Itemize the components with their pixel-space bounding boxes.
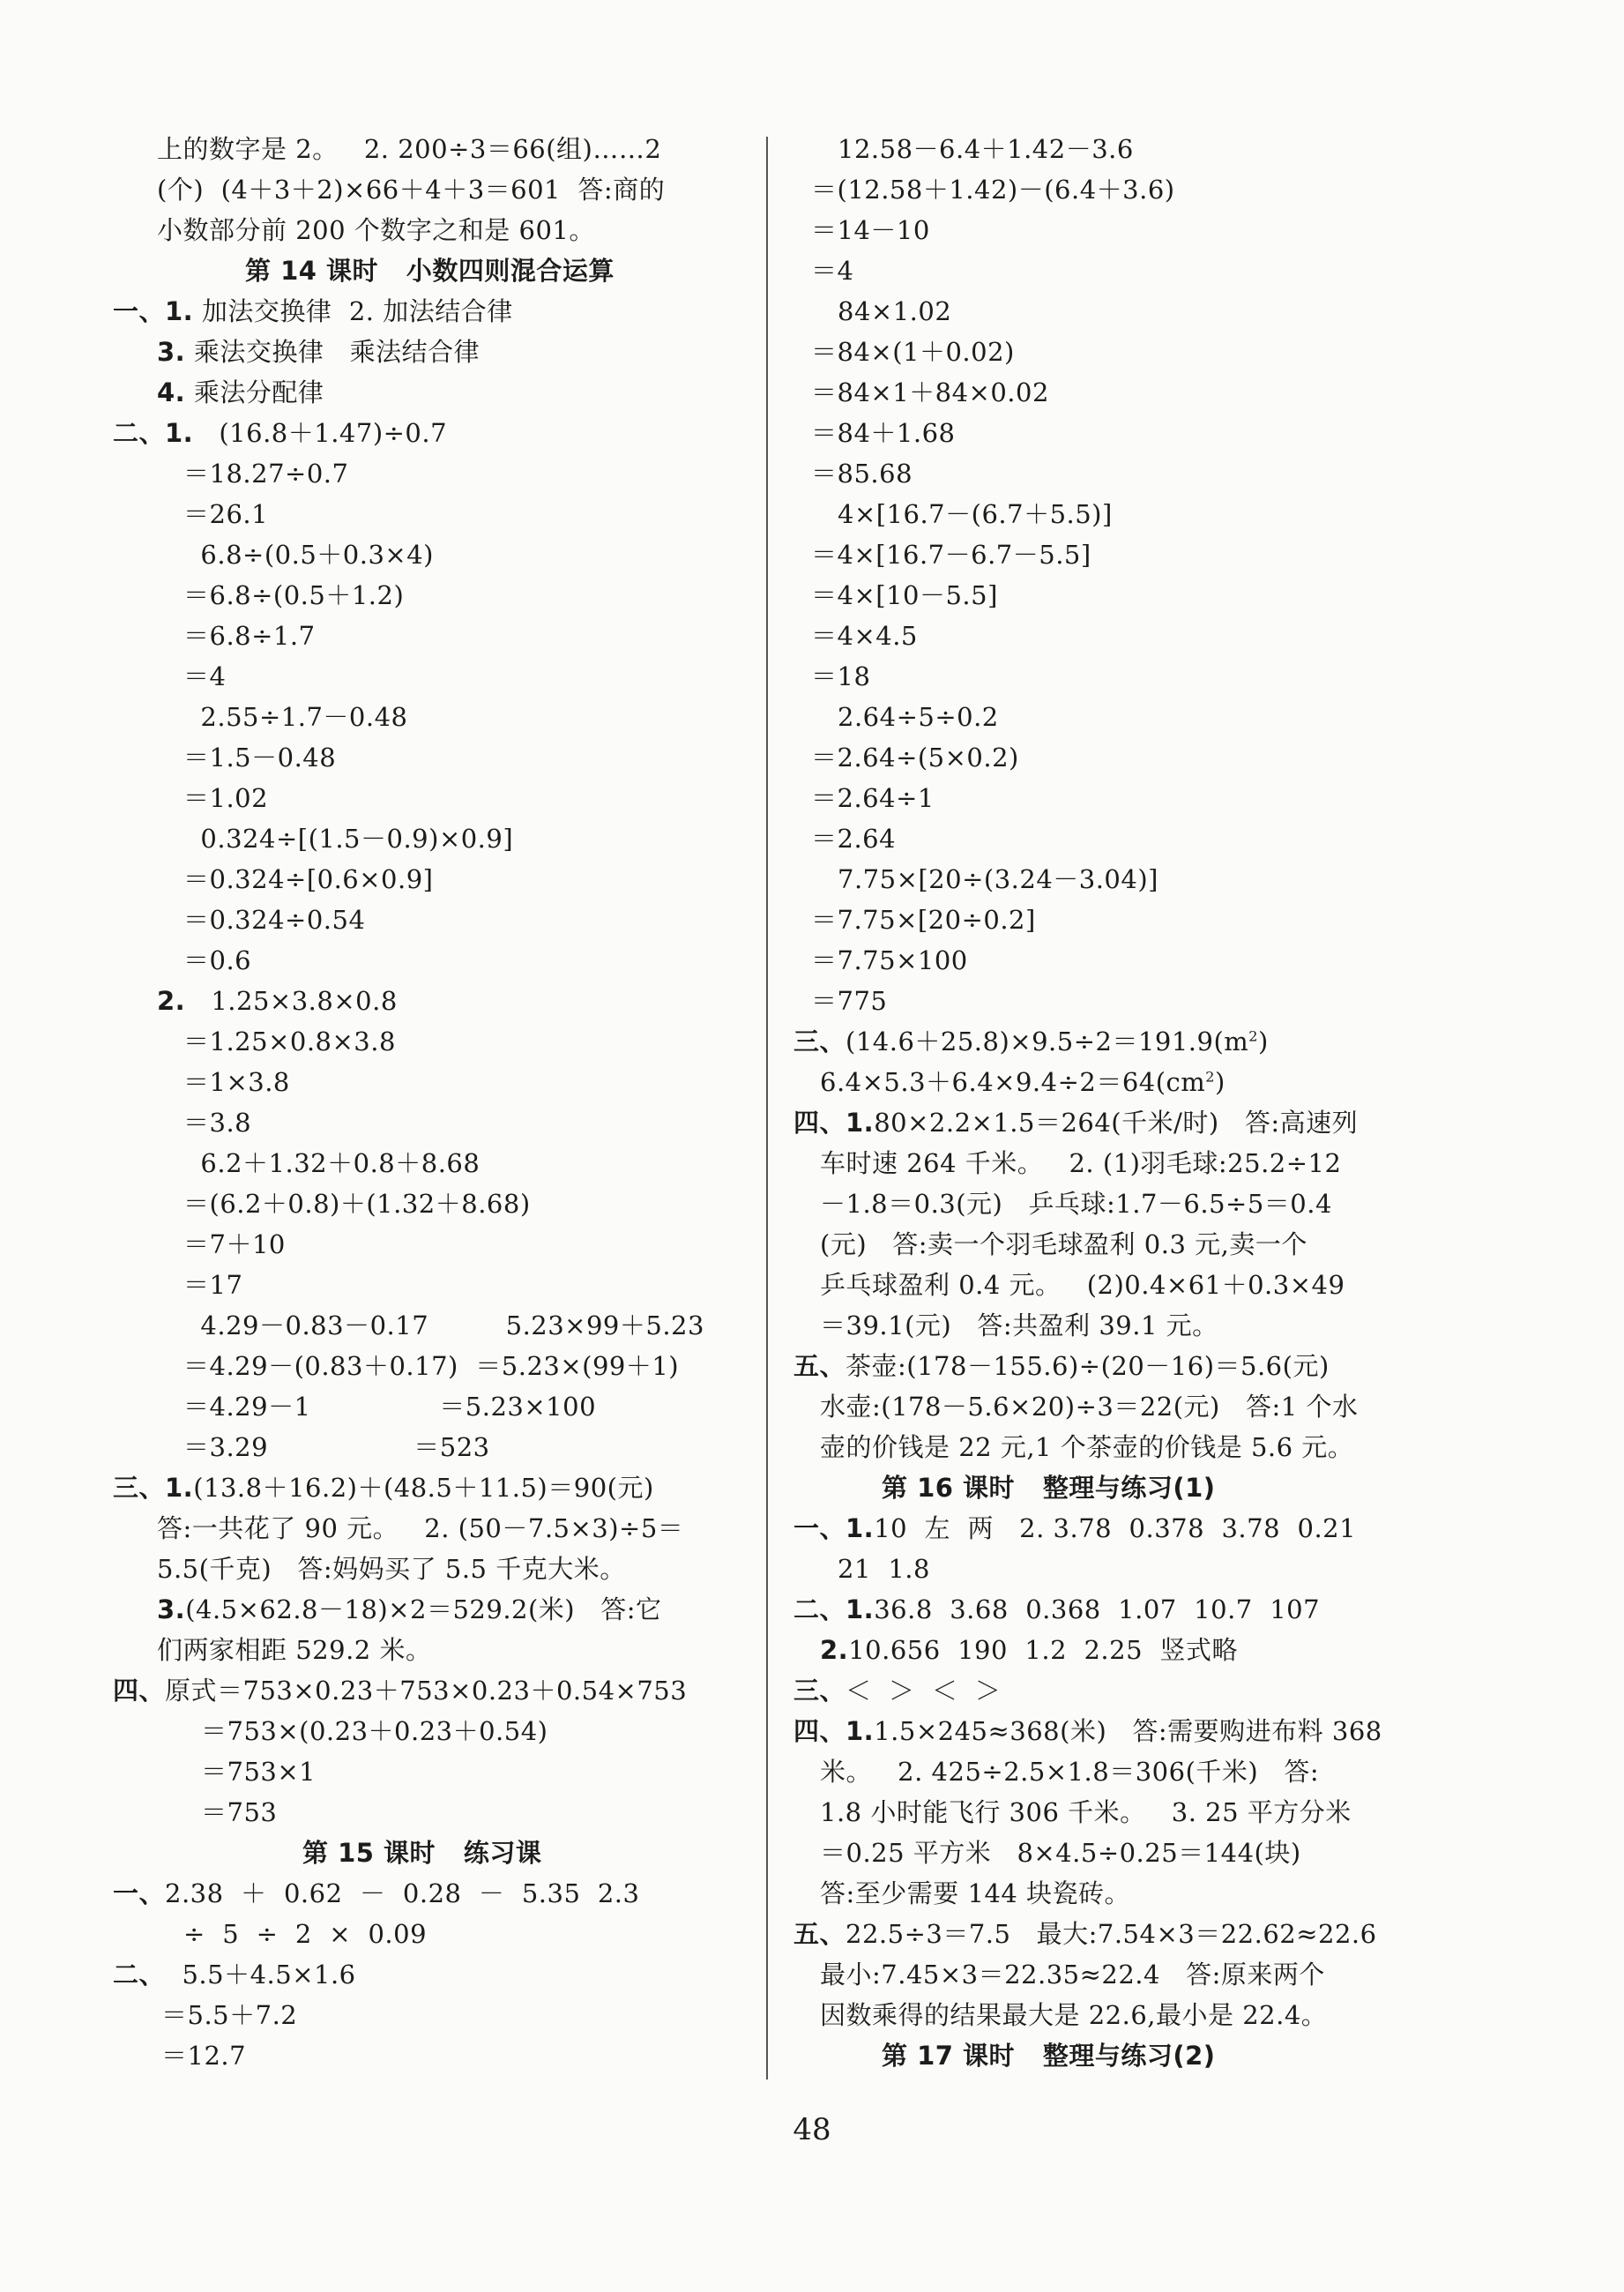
answer-text: ＝0.25 平方米 8×4.5÷0.25＝144(块) bbox=[820, 1838, 1301, 1868]
answer-text: 最小:7.45×3＝22.35≈22.4 答:原来两个 bbox=[820, 1960, 1325, 1990]
answer-text: ＝18 bbox=[811, 661, 870, 691]
answer-text: ＝2.64÷(5×0.2) bbox=[811, 743, 1019, 773]
answer-text: ＝0.324÷0.54 bbox=[183, 905, 365, 935]
answer-line: －1.8＝0.3(元) 乒乓球:1.7－6.5÷5＝0.4 bbox=[793, 1183, 1446, 1224]
answer-text: 第 16 课时 整理与练习(1) bbox=[882, 1473, 1216, 1503]
answer-text: ＝84×(1＋0.02) bbox=[811, 337, 1015, 367]
answer-text: ＝753 bbox=[201, 1797, 277, 1827]
answer-line: 二、1. (16.8＋1.47)÷0.7 bbox=[113, 413, 756, 453]
answer-line: ＝39.1(元) 答:共盈利 39.1 元。 bbox=[793, 1305, 1446, 1346]
answer-text: ＝1.25×0.8×3.8 bbox=[183, 1027, 396, 1056]
answer-line: 五、茶壶:(178－155.6)÷(20－16)＝5.6(元) bbox=[793, 1346, 1446, 1386]
answer-line: ＝7.75×[20÷0.2] bbox=[793, 900, 1446, 940]
answer-text-tail: ) bbox=[1258, 1027, 1269, 1056]
answer-text: ＝0.324÷[0.6×0.9] bbox=[183, 864, 434, 894]
answer-text: 第 15 课时 练习课 bbox=[302, 1838, 541, 1868]
answer-text: ＝4×[16.7－6.7－5.5] bbox=[811, 540, 1091, 570]
answer-text: 84×1.02 bbox=[838, 296, 951, 326]
answer-text: (16.8＋1.47)÷0.7 bbox=[193, 418, 447, 448]
answer-line: ＝0.6 bbox=[113, 940, 756, 981]
answer-line: 2.64÷5÷0.2 bbox=[793, 697, 1446, 737]
answer-text: 壶的价钱是 22 元,1 个茶壶的价钱是 5.6 元。 bbox=[820, 1432, 1353, 1462]
answer-text: 车时速 264 千米。 2. (1)羽毛球:25.2÷12 bbox=[820, 1148, 1341, 1178]
answer-text: 乘法交换律 乘法结合律 bbox=[185, 337, 480, 367]
answer-line: ＝753 bbox=[113, 1792, 756, 1833]
answer-line: 6.4×5.3＋6.4×9.4÷2＝64(cm2) bbox=[793, 1062, 1446, 1102]
answer-line: ＝6.8÷1.7 bbox=[113, 616, 756, 656]
answer-text: ＝18.27÷0.7 bbox=[183, 459, 348, 489]
question-marker: 五、 bbox=[793, 1919, 846, 1949]
section-heading: 第 15 课时 练习课 bbox=[113, 1833, 756, 1873]
answer-line: ＝3.29 ＝523 bbox=[113, 1427, 756, 1467]
answer-text: ＝2.64÷1 bbox=[811, 783, 935, 813]
section-heading: 第 14 课时 小数四则混合运算 bbox=[113, 250, 756, 291]
answer-line: ＝26.1 bbox=[113, 494, 756, 534]
answer-text: ＝7＋10 bbox=[183, 1229, 286, 1259]
answer-line: ＝4 bbox=[793, 250, 1446, 291]
answer-text: ＝39.1(元) 答:共盈利 39.1 元。 bbox=[820, 1310, 1218, 1340]
section-heading: 第 16 课时 整理与练习(1) bbox=[793, 1467, 1446, 1508]
answer-text: 上的数字是 2。 2. 200÷3＝66(组)……2 bbox=[157, 134, 661, 164]
answer-line: 2. 1.25×3.8×0.8 bbox=[113, 981, 756, 1021]
answer-line: 一、2.38 ＋ 0.62 － 0.28 － 5.35 2.3 bbox=[113, 1873, 756, 1914]
answer-text: ＜ ＞ ＜ ＞ bbox=[846, 1676, 1001, 1706]
answer-text: 第 17 课时 整理与练习(2) bbox=[882, 2041, 1216, 2071]
answer-text: ＝4 bbox=[811, 256, 853, 286]
answer-text: ＝3.8 bbox=[183, 1108, 251, 1138]
question-marker: 四、 bbox=[113, 1676, 165, 1706]
answer-line: ＝18.27÷0.7 bbox=[113, 453, 756, 494]
answer-line: 上的数字是 2。 2. 200÷3＝66(组)……2 bbox=[113, 129, 756, 169]
answer-line: 答:至少需要 144 块瓷砖。 bbox=[793, 1873, 1446, 1914]
answer-line: 6.2＋1.32＋0.8＋8.68 bbox=[113, 1143, 756, 1183]
answer-line: ＝4×4.5 bbox=[793, 616, 1446, 656]
answer-line: 12.58－6.4＋1.42－3.6 bbox=[793, 129, 1446, 169]
answer-text: 乒乓球盈利 0.4 元。 (2)0.4×61＋0.3×49 bbox=[820, 1270, 1345, 1300]
answer-text: ＝26.1 bbox=[183, 499, 268, 529]
question-marker: 四、1. bbox=[793, 1108, 874, 1138]
answer-text: ＝6.8÷(0.5＋1.2) bbox=[183, 580, 404, 610]
answer-line: 三、1.(13.8＋16.2)＋(48.5＋11.5)＝90(元) bbox=[113, 1467, 756, 1508]
answer-text: 答:至少需要 144 块瓷砖。 bbox=[820, 1878, 1130, 1908]
column-divider bbox=[766, 137, 768, 2079]
question-marker: 一、1. bbox=[793, 1513, 874, 1543]
answer-line: (个) (4＋3＋2)×66＋4＋3＝601 答:商的 bbox=[113, 169, 756, 210]
answer-line: ＝84×1＋84×0.02 bbox=[793, 372, 1446, 413]
answer-text: 水壶:(178－5.6×20)÷3＝22(元) 答:1 个水 bbox=[820, 1392, 1358, 1422]
answer-line: 3.(4.5×62.8－18)×2＝529.2(米) 答:它 bbox=[113, 1589, 756, 1630]
answer-line: 一、1. 加法交换律 2. 加法结合律 bbox=[113, 291, 756, 332]
question-marker: 五、 bbox=[793, 1351, 846, 1381]
answer-text: ＝0.6 bbox=[183, 945, 251, 975]
answer-text: ＝1.02 bbox=[183, 783, 268, 813]
answer-line: 米。 2. 425÷2.5×1.8＝306(千米) 答: bbox=[793, 1751, 1446, 1792]
answer-line: 一、1.10 左 两 2. 3.78 0.378 3.78 0.21 bbox=[793, 1508, 1446, 1549]
answer-text: ＝4.29－(0.83＋0.17) ＝5.23×(99＋1) bbox=[183, 1351, 679, 1381]
answer-text: 1.5×245≈368(米) 答:需要购进布料 368 bbox=[874, 1716, 1382, 1746]
answer-line: 4. 乘法分配律 bbox=[113, 372, 756, 413]
answer-line: 们两家相距 529.2 米。 bbox=[113, 1630, 756, 1670]
answer-line: 四、原式＝753×0.23＋753×0.23＋0.54×753 bbox=[113, 1670, 756, 1711]
answer-text: ＝6.8÷1.7 bbox=[183, 621, 316, 651]
question-marker: 一、1. bbox=[113, 296, 193, 326]
answer-text: 乘法分配律 bbox=[185, 377, 324, 407]
answer-line: 2.10.656 190 1.2 2.25 竖式略 bbox=[793, 1630, 1446, 1670]
answer-line: ＝84×(1＋0.02) bbox=[793, 332, 1446, 372]
answer-text: 4.29－0.83－0.17 5.23×99＋5.23 bbox=[183, 1310, 704, 1340]
answer-line: ＝7.75×100 bbox=[793, 940, 1446, 981]
answer-text: ＝3.29 ＝523 bbox=[183, 1432, 490, 1462]
answer-line: 因数乘得的结果最大是 22.6,最小是 22.4。 bbox=[793, 1995, 1446, 2035]
left-column: 上的数字是 2。 2. 200÷3＝66(组)……2(个) (4＋3＋2)×66… bbox=[113, 129, 756, 2076]
answer-line: ＝4.29－(0.83＋0.17) ＝5.23×(99＋1) bbox=[113, 1346, 756, 1386]
answer-text: (元) 答:卖一个羽毛球盈利 0.3 元,卖一个 bbox=[820, 1229, 1307, 1259]
answer-text: 原式＝753×0.23＋753×0.23＋0.54×753 bbox=[165, 1676, 687, 1706]
answer-text: 2.64÷5÷0.2 bbox=[838, 702, 999, 732]
question-marker: 三、 bbox=[793, 1676, 846, 1706]
answer-line: ＝1×3.8 bbox=[113, 1062, 756, 1102]
answer-line: ＝4×[10－5.5] bbox=[793, 575, 1446, 616]
answer-line: ＝2.64 bbox=[793, 818, 1446, 859]
section-heading: 第 17 课时 整理与练习(2) bbox=[793, 2035, 1446, 2076]
answer-line: 三、＜ ＞ ＜ ＞ bbox=[793, 1670, 1446, 1711]
answer-line: 二、 5.5＋4.5×1.6 bbox=[113, 1954, 756, 1995]
answer-text: ＝12.7 bbox=[161, 2041, 246, 2071]
answer-line: ＝1.5－0.48 bbox=[113, 737, 756, 778]
answer-line: 三、(14.6＋25.8)×9.5÷2＝191.9(m2) bbox=[793, 1021, 1446, 1062]
question-marker: 三、1. bbox=[113, 1473, 193, 1503]
answer-line: 4.29－0.83－0.17 5.23×99＋5.23 bbox=[113, 1305, 756, 1346]
answer-text: ＝5.5＋7.2 bbox=[161, 2000, 297, 2030]
answer-text: 10 左 两 2. 3.78 0.378 3.78 0.21 bbox=[874, 1513, 1356, 1543]
answer-text: 答:一共花了 90 元。 2. (50－7.5×3)÷5＝ bbox=[157, 1513, 683, 1543]
answer-text: 5.5＋4.5×1.6 bbox=[165, 1960, 356, 1990]
answer-text: 21 1.8 bbox=[838, 1554, 930, 1584]
answer-line: 21 1.8 bbox=[793, 1549, 1446, 1589]
answer-line: ＝1.25×0.8×3.8 bbox=[113, 1021, 756, 1062]
right-column: 12.58－6.4＋1.42－3.6＝(12.58＋1.42)－(6.4＋3.6… bbox=[793, 129, 1446, 2076]
answer-line: 水壶:(178－5.6×20)÷3＝22(元) 答:1 个水 bbox=[793, 1386, 1446, 1427]
answer-line: 6.8÷(0.5＋0.3×4) bbox=[113, 534, 756, 575]
answer-text: ＝2.64 bbox=[811, 824, 896, 854]
question-marker: 二、 bbox=[113, 1960, 165, 1990]
page-number: 48 bbox=[0, 2112, 1624, 2147]
answer-line: ＝17 bbox=[113, 1265, 756, 1305]
question-marker: 三、 bbox=[793, 1027, 846, 1056]
answer-line: ＝2.64÷1 bbox=[793, 778, 1446, 818]
question-marker: 二、1. bbox=[113, 418, 193, 448]
answer-line: 车时速 264 千米。 2. (1)羽毛球:25.2÷12 bbox=[793, 1143, 1446, 1183]
answer-text: ＝14－10 bbox=[811, 215, 930, 245]
answer-text: 小数部分前 200 个数字之和是 601。 bbox=[157, 215, 595, 245]
answer-line: 2.55÷1.7－0.48 bbox=[113, 697, 756, 737]
answer-line: 84×1.02 bbox=[793, 291, 1446, 332]
answer-text: ＝775 bbox=[811, 986, 887, 1016]
answer-text: －1.8＝0.3(元) 乒乓球:1.7－6.5÷5＝0.4 bbox=[820, 1189, 1332, 1219]
answer-text: 4×[16.7－(6.7＋5.5)] bbox=[838, 499, 1113, 529]
answer-line: ＝12.7 bbox=[113, 2035, 756, 2076]
answer-line: ＝0.324÷[0.6×0.9] bbox=[113, 859, 756, 900]
answer-text: ＝753×1 bbox=[201, 1757, 316, 1787]
answer-text: 茶壶:(178－155.6)÷(20－16)＝5.6(元) bbox=[846, 1351, 1330, 1381]
answer-line: ＝0.324÷0.54 bbox=[113, 900, 756, 940]
answer-text: 米。 2. 425÷2.5×1.8＝306(千米) 答: bbox=[820, 1757, 1319, 1787]
question-marker: 2. bbox=[157, 986, 185, 1016]
answer-text-tail: ) bbox=[1215, 1067, 1225, 1097]
question-marker: 2. bbox=[820, 1635, 848, 1665]
answer-line: 最小:7.45×3＝22.35≈22.4 答:原来两个 bbox=[793, 1954, 1446, 1995]
answer-text: (个) (4＋3＋2)×66＋4＋3＝601 答:商的 bbox=[157, 175, 665, 205]
question-marker: 3. bbox=[157, 1594, 185, 1624]
answer-text: ＝7.75×100 bbox=[811, 945, 968, 975]
answer-line: ＝6.8÷(0.5＋1.2) bbox=[113, 575, 756, 616]
question-marker: 四、1. bbox=[793, 1716, 874, 1746]
answer-line: 4×[16.7－(6.7＋5.5)] bbox=[793, 494, 1446, 534]
answer-line: 5.5(千克) 答:妈妈买了 5.5 千克大米。 bbox=[113, 1549, 756, 1589]
answer-text: 加法交换律 2. 加法结合律 bbox=[193, 296, 513, 326]
answer-line: ＝753×1 bbox=[113, 1751, 756, 1792]
answer-line: ＝1.02 bbox=[113, 778, 756, 818]
answer-text: 12.58－6.4＋1.42－3.6 bbox=[838, 134, 1134, 164]
answer-text: ＝84＋1.68 bbox=[811, 418, 955, 448]
answer-text: 0.324÷[(1.5－0.9)×0.9] bbox=[183, 824, 513, 854]
answer-line: (元) 答:卖一个羽毛球盈利 0.3 元,卖一个 bbox=[793, 1224, 1446, 1265]
answer-line: 3. 乘法交换律 乘法结合律 bbox=[113, 332, 756, 372]
answer-line: 乒乓球盈利 0.4 元。 (2)0.4×61＋0.3×49 bbox=[793, 1265, 1446, 1305]
answer-line: 四、1.1.5×245≈368(米) 答:需要购进布料 368 bbox=[793, 1711, 1446, 1751]
answer-text: 6.8÷(0.5＋0.3×4) bbox=[183, 540, 434, 570]
answer-line: ＝753×(0.23＋0.23＋0.54) bbox=[113, 1711, 756, 1751]
answer-line: 二、1.36.8 3.68 0.368 1.07 10.7 107 bbox=[793, 1589, 1446, 1630]
answer-line: 0.324÷[(1.5－0.9)×0.9] bbox=[113, 818, 756, 859]
answer-text: 2.55÷1.7－0.48 bbox=[183, 702, 408, 732]
answer-line: ＝3.8 bbox=[113, 1102, 756, 1143]
answer-text: ＝4 bbox=[183, 661, 226, 691]
answer-text: 7.75×[20÷(3.24－3.04)] bbox=[838, 864, 1158, 894]
answer-text: ＝4.29－1 ＝5.23×100 bbox=[183, 1392, 596, 1422]
superscript: 2 bbox=[1248, 1027, 1258, 1044]
answer-text: 36.8 3.68 0.368 1.07 10.7 107 bbox=[874, 1594, 1320, 1624]
answer-text: ＝4×4.5 bbox=[811, 621, 918, 651]
answer-text: (14.6＋25.8)×9.5÷2＝191.9(m bbox=[846, 1027, 1248, 1056]
answer-line: ＝775 bbox=[793, 981, 1446, 1021]
answer-text: ＝84×1＋84×0.02 bbox=[811, 377, 1049, 407]
answer-line: ＝4 bbox=[113, 656, 756, 697]
answer-line: ÷ 5 ÷ 2 × 0.09 bbox=[113, 1914, 756, 1954]
answer-line: ＝7＋10 bbox=[113, 1224, 756, 1265]
answer-line: ＝(12.58＋1.42)－(6.4＋3.6) bbox=[793, 169, 1446, 210]
answer-text: (13.8＋16.2)＋(48.5＋11.5)＝90(元) bbox=[193, 1473, 654, 1503]
answer-text: 22.5÷3＝7.5 最大:7.54×3＝22.62≈22.6 bbox=[846, 1919, 1377, 1949]
answer-text: 因数乘得的结果最大是 22.6,最小是 22.4。 bbox=[820, 2000, 1327, 2030]
answer-line: 壶的价钱是 22 元,1 个茶壶的价钱是 5.6 元。 bbox=[793, 1427, 1446, 1467]
answer-text: 5.5(千克) 答:妈妈买了 5.5 千克大米。 bbox=[157, 1554, 626, 1584]
answer-line: 小数部分前 200 个数字之和是 601。 bbox=[113, 210, 756, 250]
answer-line: ＝2.64÷(5×0.2) bbox=[793, 737, 1446, 778]
answer-text: ＝1×3.8 bbox=[183, 1067, 290, 1097]
answer-text: 2.38 ＋ 0.62 － 0.28 － 5.35 2.3 bbox=[165, 1878, 639, 1908]
answer-line: ＝4×[16.7－6.7－5.5] bbox=[793, 534, 1446, 575]
answer-line: ＝0.25 平方米 8×4.5÷0.25＝144(块) bbox=[793, 1833, 1446, 1873]
answer-text: ＝(12.58＋1.42)－(6.4＋3.6) bbox=[811, 175, 1175, 205]
answer-text: 80×2.2×1.5＝264(千米/时) 答:高速列 bbox=[874, 1108, 1358, 1138]
answer-text: ÷ 5 ÷ 2 × 0.09 bbox=[183, 1919, 427, 1949]
answer-line: ＝85.68 bbox=[793, 453, 1446, 494]
answer-text: 们两家相距 529.2 米。 bbox=[157, 1635, 431, 1665]
answer-text: ＝4×[10－5.5] bbox=[811, 580, 998, 610]
answer-line: ＝4.29－1 ＝5.23×100 bbox=[113, 1386, 756, 1427]
answer-line: ＝84＋1.68 bbox=[793, 413, 1446, 453]
answer-line: ＝(6.2＋0.8)＋(1.32＋8.68) bbox=[113, 1183, 756, 1224]
question-marker: 二、1. bbox=[793, 1594, 874, 1624]
answer-text: ＝(6.2＋0.8)＋(1.32＋8.68) bbox=[183, 1189, 531, 1219]
question-marker: 一、 bbox=[113, 1878, 165, 1908]
question-marker: 4. bbox=[157, 377, 185, 407]
answer-text: 6.4×5.3＋6.4×9.4÷2＝64(cm bbox=[820, 1067, 1205, 1097]
answer-text: 6.2＋1.32＋0.8＋8.68 bbox=[183, 1148, 480, 1178]
answer-text: 10.656 190 1.2 2.25 竖式略 bbox=[848, 1635, 1238, 1665]
answer-line: ＝14－10 bbox=[793, 210, 1446, 250]
answer-line: 四、1.80×2.2×1.5＝264(千米/时) 答:高速列 bbox=[793, 1102, 1446, 1143]
answer-line: 1.8 小时能飞行 306 千米。 3. 25 平方分米 bbox=[793, 1792, 1446, 1833]
question-marker: 3. bbox=[157, 337, 185, 367]
answer-line: 7.75×[20÷(3.24－3.04)] bbox=[793, 859, 1446, 900]
answer-text: ＝1.5－0.48 bbox=[183, 743, 336, 773]
answer-text: ＝753×(0.23＋0.23＋0.54) bbox=[201, 1716, 548, 1746]
superscript: 2 bbox=[1205, 1068, 1215, 1085]
answer-text: 1.25×3.8×0.8 bbox=[185, 986, 398, 1016]
answer-text: 1.8 小时能飞行 306 千米。 3. 25 平方分米 bbox=[820, 1797, 1352, 1827]
answer-line: ＝5.5＋7.2 bbox=[113, 1995, 756, 2035]
answer-line: ＝18 bbox=[793, 656, 1446, 697]
answer-line: 五、22.5÷3＝7.5 最大:7.54×3＝22.62≈22.6 bbox=[793, 1914, 1446, 1954]
answer-text: ＝7.75×[20÷0.2] bbox=[811, 905, 1036, 935]
answer-line: 答:一共花了 90 元。 2. (50－7.5×3)÷5＝ bbox=[113, 1508, 756, 1549]
answer-text: ＝17 bbox=[183, 1270, 242, 1300]
answer-text: 第 14 课时 小数四则混合运算 bbox=[245, 256, 615, 286]
answer-text: (4.5×62.8－18)×2＝529.2(米) 答:它 bbox=[185, 1594, 661, 1624]
answer-text: ＝85.68 bbox=[811, 459, 913, 489]
